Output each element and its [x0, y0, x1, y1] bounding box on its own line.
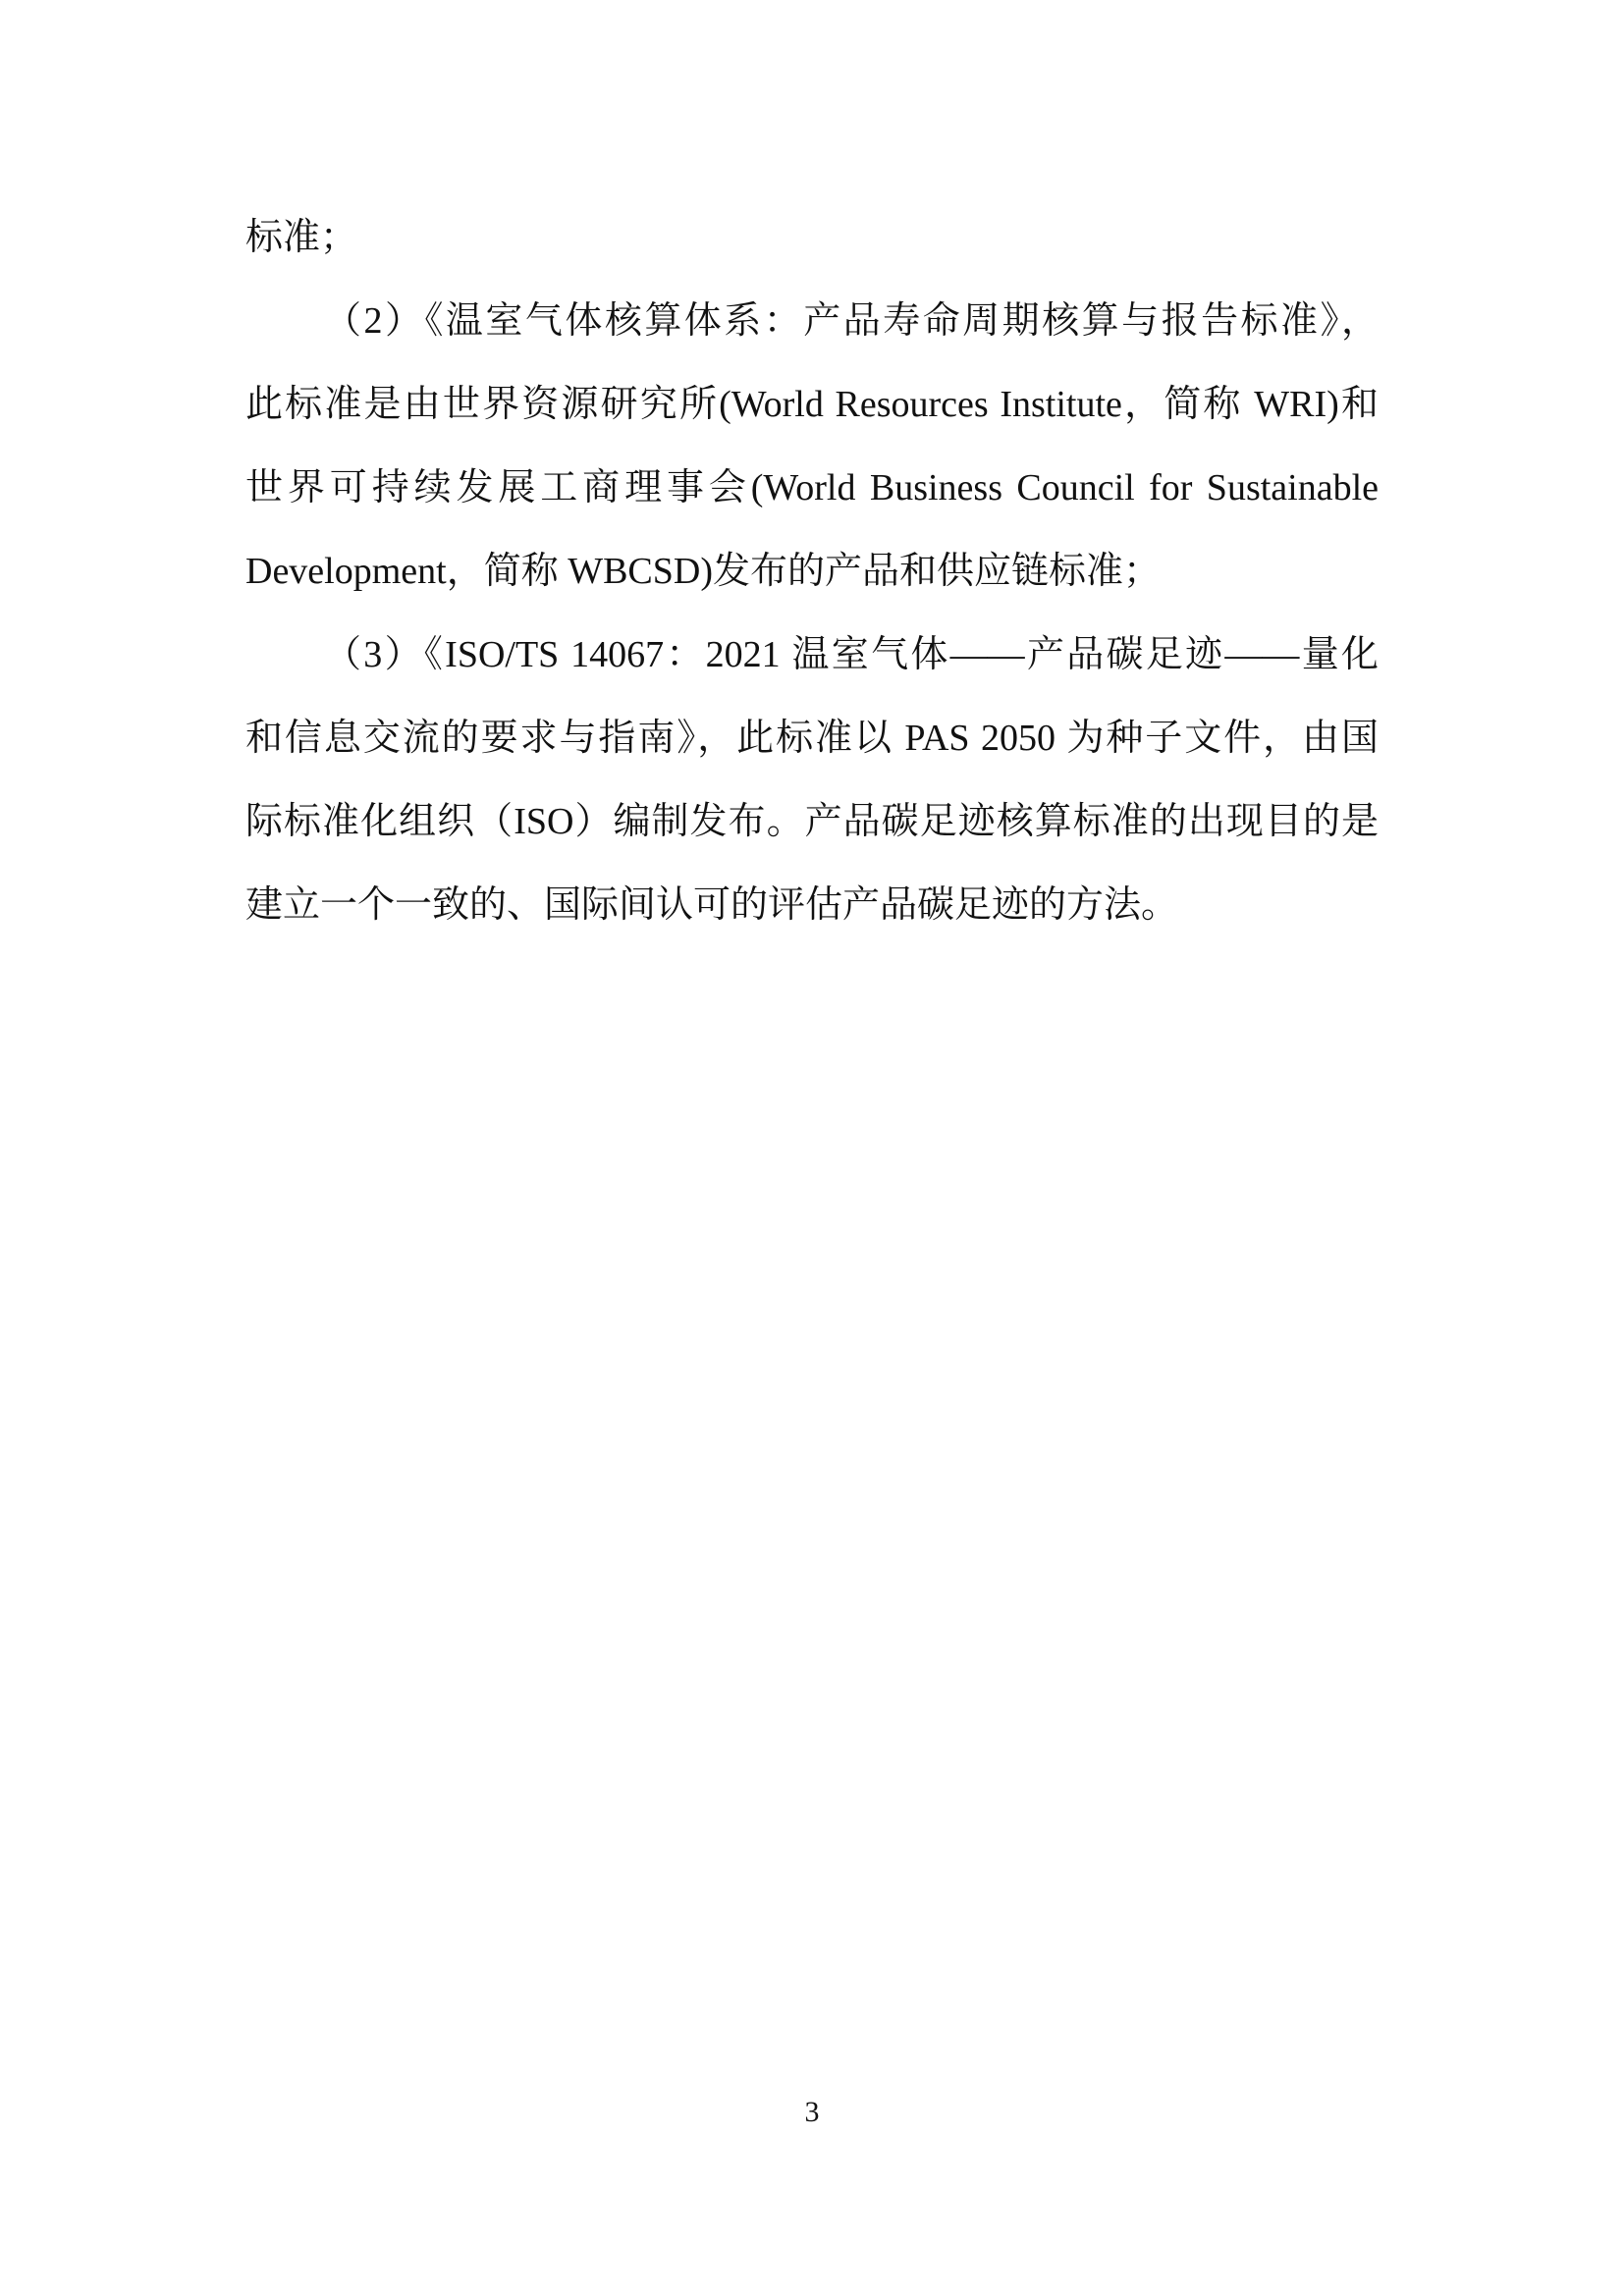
text-line: 世界可持续发展工商理事会(World Business Council for … — [245, 447, 1379, 530]
page-number: 3 — [805, 2096, 820, 2128]
page-footer: 3 — [0, 2093, 1624, 2132]
document-body: 标准； （2）《温室气体核算体系：产品寿命周期核算与报告标准》， 此标准是由世界… — [245, 196, 1379, 947]
text-line: 标准； — [245, 196, 1379, 280]
text-line: （3）《ISO/TS 14067：2021 温室气体——产品碳足迹——量化 — [245, 614, 1379, 697]
text-line: （2）《温室气体核算体系：产品寿命周期核算与报告标准》， — [245, 280, 1379, 363]
text-line: 此标准是由世界资源研究所(World Resources Institute，简… — [245, 363, 1379, 447]
text-line: 际标准化组织（ISO）编制发布。产品碳足迹核算标准的出现目的是 — [245, 780, 1379, 864]
text-line: 建立一个一致的、国际间认可的评估产品碳足迹的方法。 — [245, 864, 1379, 947]
text-line: Development，简称 WBCSD)发布的产品和供应链标准； — [245, 530, 1379, 614]
document-page: 标准； （2）《温室气体核算体系：产品寿命周期核算与报告标准》， 此标准是由世界… — [0, 0, 1624, 2296]
text-line: 和信息交流的要求与指南》，此标准以 PAS 2050 为种子文件，由国 — [245, 697, 1379, 780]
